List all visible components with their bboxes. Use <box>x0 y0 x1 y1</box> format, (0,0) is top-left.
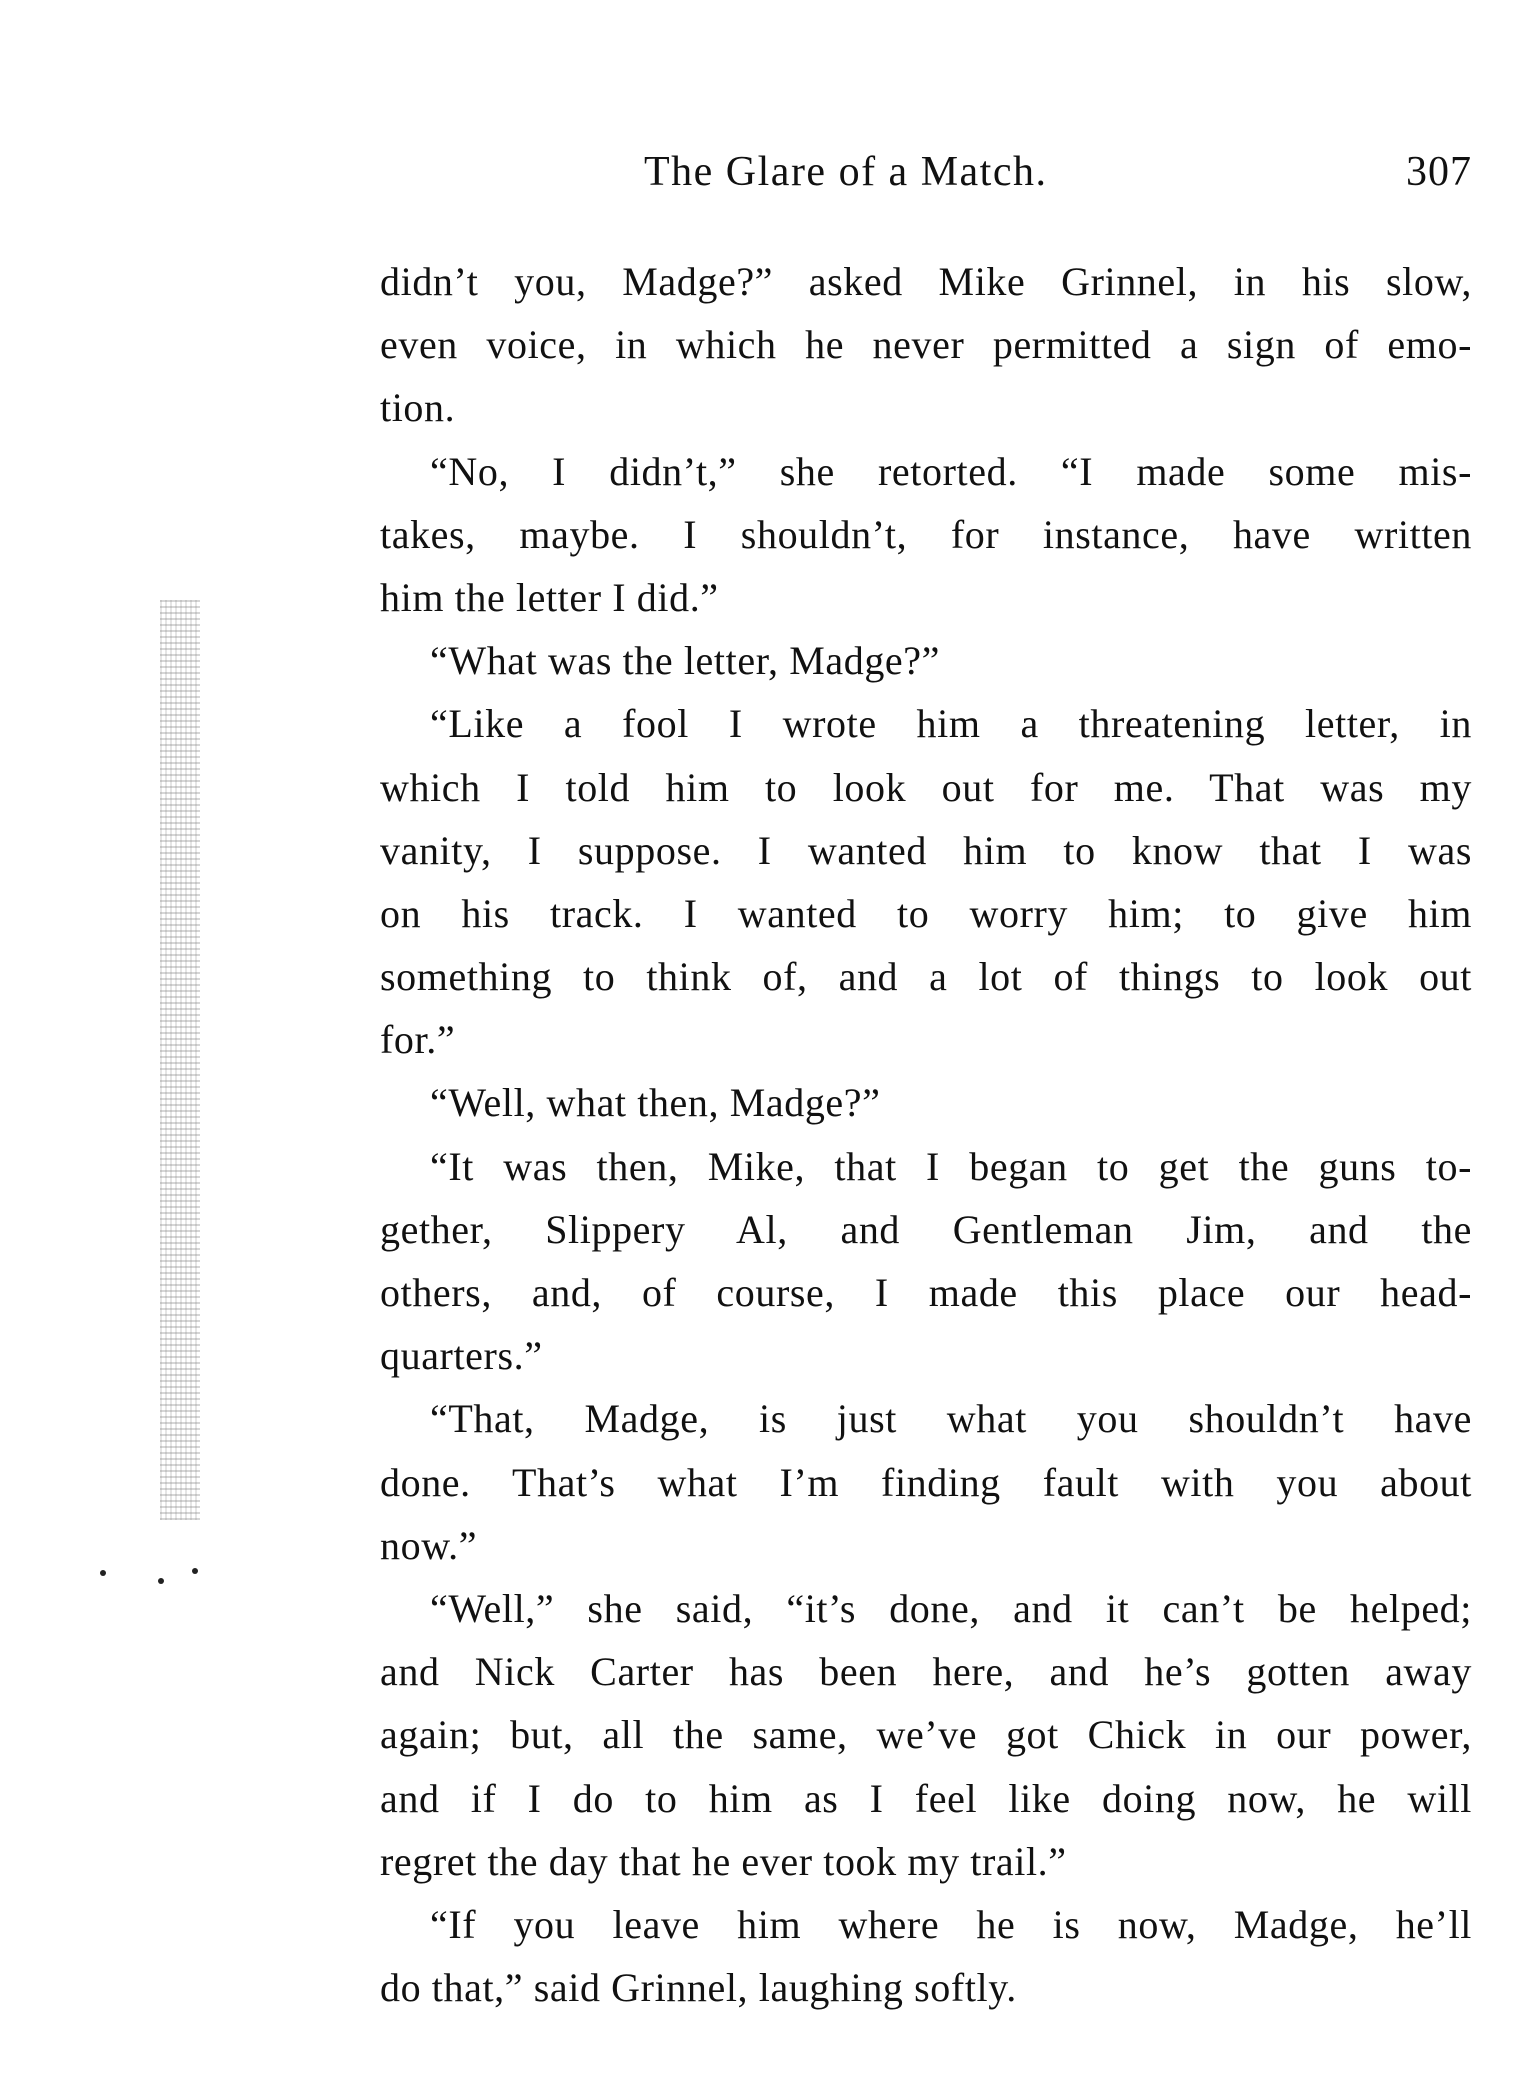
text-line: takes, maybe. I shouldn’t, for instance,… <box>380 503 1472 566</box>
text-line: which I told him to look out for me. Tha… <box>380 756 1472 819</box>
text-line: quarters.” <box>380 1324 1472 1387</box>
text-line: “No, I didn’t,” she retorted. “I made so… <box>380 440 1472 503</box>
text-line: even voice, in which he never permitted … <box>380 313 1472 376</box>
text-line: do that,” said Grinnel, laughing softly. <box>380 1956 1472 2019</box>
scan-speck <box>158 1578 164 1584</box>
text-line: tion. <box>380 376 1472 439</box>
text-line: something to think of, and a lot of thin… <box>380 945 1472 1008</box>
text-line: “If you leave him where he is now, Madge… <box>380 1893 1472 1956</box>
scan-margin-noise <box>130 600 250 1650</box>
book-page: The Glare of a Match. 307 didn’t you, Ma… <box>0 0 1522 2079</box>
running-title: The Glare of a Match. <box>644 148 1048 196</box>
scan-speckle-strip <box>160 600 200 1520</box>
text-line: didn’t you, Madge?” asked Mike Grinnel, … <box>380 250 1472 313</box>
page-number: 307 <box>1406 148 1472 196</box>
scan-speck <box>100 1570 106 1576</box>
text-line: on his track. I wanted to worry him; to … <box>380 882 1472 945</box>
scan-speck <box>192 1568 198 1574</box>
text-line: vanity, I suppose. I wanted him to know … <box>380 819 1472 882</box>
text-line: him the letter I did.” <box>380 566 1472 629</box>
text-line: and Nick Carter has been here, and he’s … <box>380 1640 1472 1703</box>
text-line: and if I do to him as I feel like doing … <box>380 1767 1472 1830</box>
text-line: for.” <box>380 1008 1472 1071</box>
body-text: didn’t you, Madge?” asked Mike Grinnel, … <box>380 250 1472 2019</box>
text-line: again; but, all the same, we’ve got Chic… <box>380 1703 1472 1766</box>
text-line: done. That’s what I’m finding fault with… <box>380 1451 1472 1514</box>
running-header: The Glare of a Match. 307 <box>380 148 1472 208</box>
text-line: gether, Slippery Al, and Gentleman Jim, … <box>380 1198 1472 1261</box>
text-line: “What was the letter, Madge?” <box>380 629 1472 692</box>
text-line: “Well,” she said, “it’s done, and it can… <box>380 1577 1472 1640</box>
text-line: regret the day that he ever took my trai… <box>380 1830 1472 1893</box>
text-line: now.” <box>380 1514 1472 1577</box>
text-line: “Like a fool I wrote him a threatening l… <box>380 692 1472 755</box>
text-line: “It was then, Mike, that I began to get … <box>380 1135 1472 1198</box>
text-line: “Well, what then, Madge?” <box>380 1071 1472 1134</box>
text-line: others, and, of course, I made this plac… <box>380 1261 1472 1324</box>
text-line: “That, Madge, is just what you shouldn’t… <box>380 1387 1472 1450</box>
